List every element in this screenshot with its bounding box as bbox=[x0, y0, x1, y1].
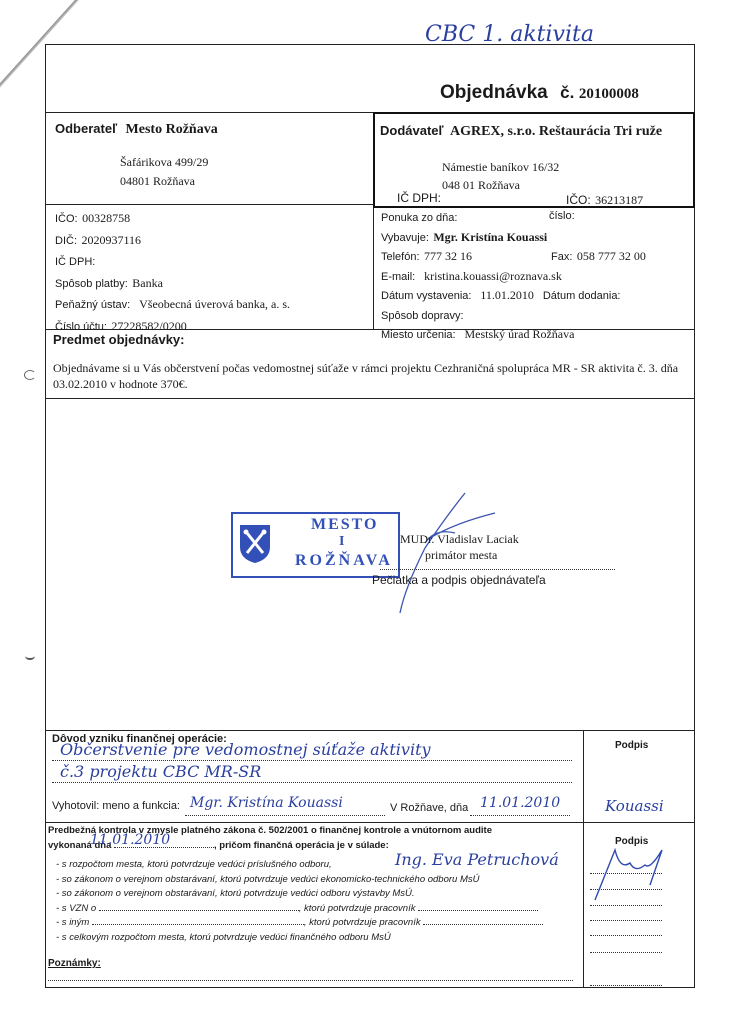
punch-hole-mark bbox=[25, 652, 35, 660]
notes-label: Poznámky: bbox=[48, 958, 101, 969]
supplier-street: Námestie baníkov 16/32 bbox=[442, 160, 559, 175]
issued-label: Dátum vystavenia: bbox=[381, 290, 471, 302]
control-item-vzn: - s VZN o , ktorú potvrdzuje pracovník bbox=[56, 902, 543, 917]
place-date: 11.01.2010 bbox=[480, 795, 560, 811]
place-label: V Rožňave, dňa bbox=[390, 802, 468, 814]
supplier-icdph-label: IČ DPH: bbox=[397, 191, 441, 205]
reason-value-1: Občerstvenie pre vedomostnej súťaže akti… bbox=[60, 740, 431, 759]
city-stamp: MESTO I ROŽŇAVA bbox=[231, 512, 400, 578]
buyer-section: Odberateľ Mesto Rožňava bbox=[55, 120, 218, 138]
control-conformity: , pričom finančná operácia je v súlade: bbox=[214, 840, 389, 851]
worker-line[interactable] bbox=[418, 910, 538, 911]
phone-value: 777 32 16 bbox=[424, 249, 472, 263]
prepared-row: Vyhotovil: meno a funkcia: bbox=[52, 800, 180, 812]
payment-value: Banka bbox=[132, 276, 163, 290]
delivery-label: Dátum dodania: bbox=[543, 290, 621, 302]
control-items: - s rozpočtom mesta, ktorú potvrdzuje ve… bbox=[56, 858, 543, 945]
phone-label: Telefón: bbox=[381, 251, 420, 263]
sign-line[interactable] bbox=[590, 952, 662, 953]
stamp-line2: I bbox=[339, 534, 344, 550]
prepared-line[interactable] bbox=[185, 815, 385, 816]
offer-date-label: Ponuka zo dňa: bbox=[381, 212, 457, 224]
head-signature: Ing. Eva Petruchová bbox=[395, 850, 559, 869]
prepared-value: Mgr. Kristína Kouassi bbox=[190, 795, 343, 811]
supplier-ico-label: IČO: bbox=[566, 193, 591, 207]
reason-line-1[interactable] bbox=[52, 760, 572, 761]
punch-hole-mark bbox=[24, 370, 36, 380]
signature-caption: Pečiatka a podpis objednávateľa bbox=[372, 573, 546, 587]
control-item-vzn-label: - s VZN o bbox=[56, 903, 96, 914]
buyer-street: Šafárikova 499/29 bbox=[120, 155, 208, 170]
divider bbox=[45, 329, 695, 330]
handled-label: Vybavuje: bbox=[381, 232, 429, 244]
sign-line[interactable] bbox=[590, 985, 662, 986]
place-date-line[interactable] bbox=[470, 815, 570, 816]
control-item-other-label: - s iným bbox=[56, 917, 89, 928]
email-label: E-mail: bbox=[381, 271, 415, 283]
prepared-label: Vyhotovil: meno a funkcia: bbox=[52, 800, 180, 812]
control-item-procurement-construction: - so zákonom o verejnom obstarávaní, kto… bbox=[56, 887, 543, 902]
worker-label: , ktorú potvrdzuje pracovník bbox=[304, 917, 421, 928]
reason-value-2: č.3 projektu CBC MR-SR bbox=[60, 762, 261, 781]
signatory-name: MUDr. Vladislav Laciak bbox=[400, 532, 519, 547]
control-date-value: 11.01.2010 bbox=[90, 832, 170, 848]
handled-value: Mgr. Kristína Kouassi bbox=[433, 230, 547, 244]
bank-label: Peňažný ústav: bbox=[55, 299, 130, 311]
divider bbox=[45, 730, 695, 731]
supplier-name: AGREX, s.r.o. Reštaurácia Tri ruže bbox=[450, 124, 662, 139]
divider bbox=[45, 822, 695, 823]
dic-value: 2020937116 bbox=[81, 233, 141, 247]
stamp-line1: MESTO bbox=[311, 516, 379, 534]
order-details: Ponuka zo dňa:číslo: Vybavuje: Mgr. Kris… bbox=[381, 208, 691, 345]
sign-line[interactable] bbox=[590, 905, 662, 906]
worker-line[interactable] bbox=[423, 924, 543, 925]
icdph-label: IČ DPH: bbox=[55, 256, 95, 268]
coat-of-arms-icon bbox=[238, 523, 272, 565]
payment-label: Spôsob platby: bbox=[55, 278, 128, 290]
sign-line[interactable] bbox=[590, 920, 662, 921]
order-number: 20100008 bbox=[579, 86, 639, 102]
title-label: Objednávka bbox=[440, 82, 548, 103]
notes-line[interactable] bbox=[48, 980, 573, 981]
supplier-ico-value: 36213187 bbox=[595, 193, 643, 207]
fax-label: Fax: bbox=[551, 251, 572, 263]
page-title: Objednávka č. 20100008 bbox=[440, 82, 639, 104]
worker-label: , ktorú potvrdzuje pracovník bbox=[299, 903, 416, 914]
signature-header: Podpis bbox=[615, 740, 648, 751]
buyer-name: Mesto Rožňava bbox=[126, 122, 218, 137]
sign-line[interactable] bbox=[590, 935, 662, 936]
buyer-city: 04801 Rožňava bbox=[120, 174, 195, 189]
issued-value: 11.01.2010 bbox=[480, 288, 534, 302]
other-line[interactable] bbox=[92, 924, 304, 925]
divider bbox=[45, 204, 373, 205]
prepared-signature: Kouassi bbox=[605, 797, 664, 815]
stamp-line3: ROŽŇAVA bbox=[295, 552, 393, 570]
subject-text: Objednávame si u Vás občerstvení počas v… bbox=[53, 360, 683, 392]
offer-number-label: číslo: bbox=[549, 208, 575, 226]
dic-label: DIČ: bbox=[55, 235, 77, 247]
subject-label: Predmet objednávky: bbox=[53, 332, 185, 347]
buyer-label: Odberateľ bbox=[55, 121, 117, 136]
control-item-procurement-econ: - so zákonom o verejnom obstarávaní, kto… bbox=[56, 873, 543, 888]
control-item-other: - s iným , ktorú potvrdzuje pracovník bbox=[56, 916, 543, 931]
reason-line-2[interactable] bbox=[52, 782, 572, 783]
account-label: Číslo účtu: bbox=[55, 321, 107, 333]
bank-value: Všeobecná úverová banka, a. s. bbox=[139, 297, 290, 311]
ico-label: IČO: bbox=[55, 213, 78, 225]
title-no-prefix: č. bbox=[560, 83, 574, 102]
destination-label: Miesto určenia: bbox=[381, 329, 456, 341]
supplier-header: Dodávateľ AGREX, s.r.o. Reštaurácia Tri … bbox=[380, 122, 662, 140]
email-value[interactable]: kristina.kouassi@roznava.sk bbox=[424, 269, 562, 283]
divider bbox=[45, 398, 695, 399]
transport-label: Spôsob dopravy: bbox=[381, 310, 464, 322]
signatory-role: primátor mesta bbox=[425, 548, 497, 563]
control-signature-scribble-icon bbox=[590, 845, 670, 905]
control-item-overall-budget: - s celkovým rozpočtom mesta, ktorú potv… bbox=[56, 931, 543, 946]
supplier-city: 048 01 Rožňava bbox=[442, 178, 520, 193]
vzn-line[interactable] bbox=[99, 910, 299, 911]
divider bbox=[583, 730, 584, 988]
supplier-label: Dodávateľ bbox=[380, 123, 444, 138]
buyer-details: IČO: 00328758 DIČ: 2020937116 IČ DPH: Sp… bbox=[55, 208, 290, 337]
signature-line bbox=[380, 569, 615, 570]
fax-value: 058 777 32 00 bbox=[577, 249, 646, 263]
supplier-ico: IČO: 36213187 bbox=[566, 191, 643, 209]
ico-value: 00328758 bbox=[82, 211, 130, 225]
account-value: 27228582/0200 bbox=[111, 319, 186, 333]
